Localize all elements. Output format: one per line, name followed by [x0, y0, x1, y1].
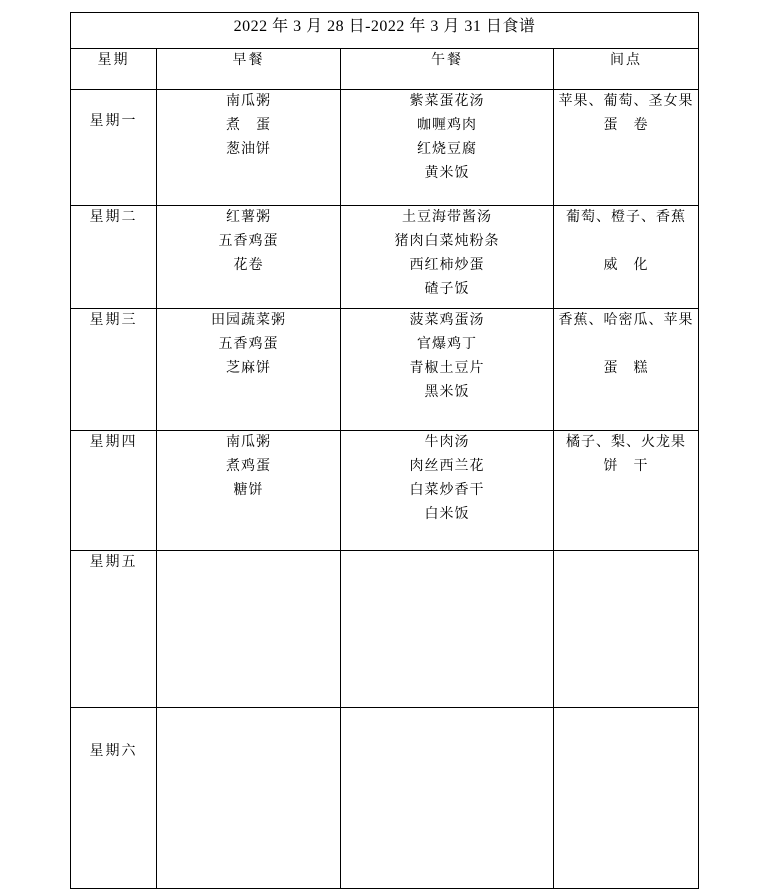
day-label: 星期三 [71, 309, 157, 431]
title-row: 2022 年 3 月 28 日-2022 年 3 月 31 日食谱 [71, 13, 699, 49]
cell-friday-snack [554, 551, 699, 708]
day-label: 星期四 [71, 431, 157, 551]
cell-wednesday-snack: 香蕉、哈密瓜、苹果 蛋 糕 [554, 309, 699, 431]
cell-friday-breakfast [157, 551, 341, 708]
cell-tuesday-lunch: 土豆海带酱汤 猪肉白菜炖粉条 西红柿炒蛋 碴子饭 [341, 206, 554, 309]
table-row-saturday: 星期六 [71, 708, 699, 889]
column-header-breakfast: 早餐 [157, 49, 341, 90]
table-title: 2022 年 3 月 28 日-2022 年 3 月 31 日食谱 [71, 13, 699, 49]
day-label: 星期一 [71, 90, 157, 206]
column-header-lunch: 午餐 [341, 49, 554, 90]
cell-monday-breakfast: 南瓜粥 煮 蛋 葱油饼 [157, 90, 341, 206]
cell-saturday-snack [554, 708, 699, 889]
table-row-monday: 星期一 南瓜粥 煮 蛋 葱油饼 紫菜蛋花汤 咖喱鸡肉 红烧豆腐 黄米饭 苹果、葡… [71, 90, 699, 206]
cell-thursday-lunch: 牛肉汤 肉丝西兰花 白菜炒香干 白米饭 [341, 431, 554, 551]
cell-thursday-breakfast: 南瓜粥 煮鸡蛋 糖饼 [157, 431, 341, 551]
column-header-snack: 间点 [554, 49, 699, 90]
cell-wednesday-lunch: 菠菜鸡蛋汤 官爆鸡丁 青椒土豆片 黑米饭 [341, 309, 554, 431]
cell-tuesday-breakfast: 红薯粥 五香鸡蛋 花卷 [157, 206, 341, 309]
day-label: 星期六 [71, 708, 157, 889]
cell-saturday-breakfast [157, 708, 341, 889]
day-label: 星期二 [71, 206, 157, 309]
table-row-wednesday: 星期三 田园蔬菜粥 五香鸡蛋 芝麻饼 菠菜鸡蛋汤 官爆鸡丁 青椒土豆片 黑米饭 … [71, 309, 699, 431]
cell-monday-lunch: 紫菜蛋花汤 咖喱鸡肉 红烧豆腐 黄米饭 [341, 90, 554, 206]
cell-wednesday-breakfast: 田园蔬菜粥 五香鸡蛋 芝麻饼 [157, 309, 341, 431]
cell-tuesday-snack: 葡萄、橙子、香蕉 威 化 [554, 206, 699, 309]
document-page: 2022 年 3 月 28 日-2022 年 3 月 31 日食谱 星期 早餐 … [0, 0, 771, 893]
cell-thursday-snack: 橘子、梨、火龙果 饼 干 [554, 431, 699, 551]
day-label: 星期五 [71, 551, 157, 708]
header-row: 星期 早餐 午餐 间点 [71, 49, 699, 90]
table-row-friday: 星期五 [71, 551, 699, 708]
menu-table: 2022 年 3 月 28 日-2022 年 3 月 31 日食谱 星期 早餐 … [70, 12, 699, 889]
table-row-tuesday: 星期二 红薯粥 五香鸡蛋 花卷 土豆海带酱汤 猪肉白菜炖粉条 西红柿炒蛋 碴子饭… [71, 206, 699, 309]
cell-monday-snack: 苹果、葡萄、圣女果 蛋 卷 [554, 90, 699, 206]
cell-saturday-lunch [341, 708, 554, 889]
cell-friday-lunch [341, 551, 554, 708]
column-header-day: 星期 [71, 49, 157, 90]
table-row-thursday: 星期四 南瓜粥 煮鸡蛋 糖饼 牛肉汤 肉丝西兰花 白菜炒香干 白米饭 橘子、梨、… [71, 431, 699, 551]
